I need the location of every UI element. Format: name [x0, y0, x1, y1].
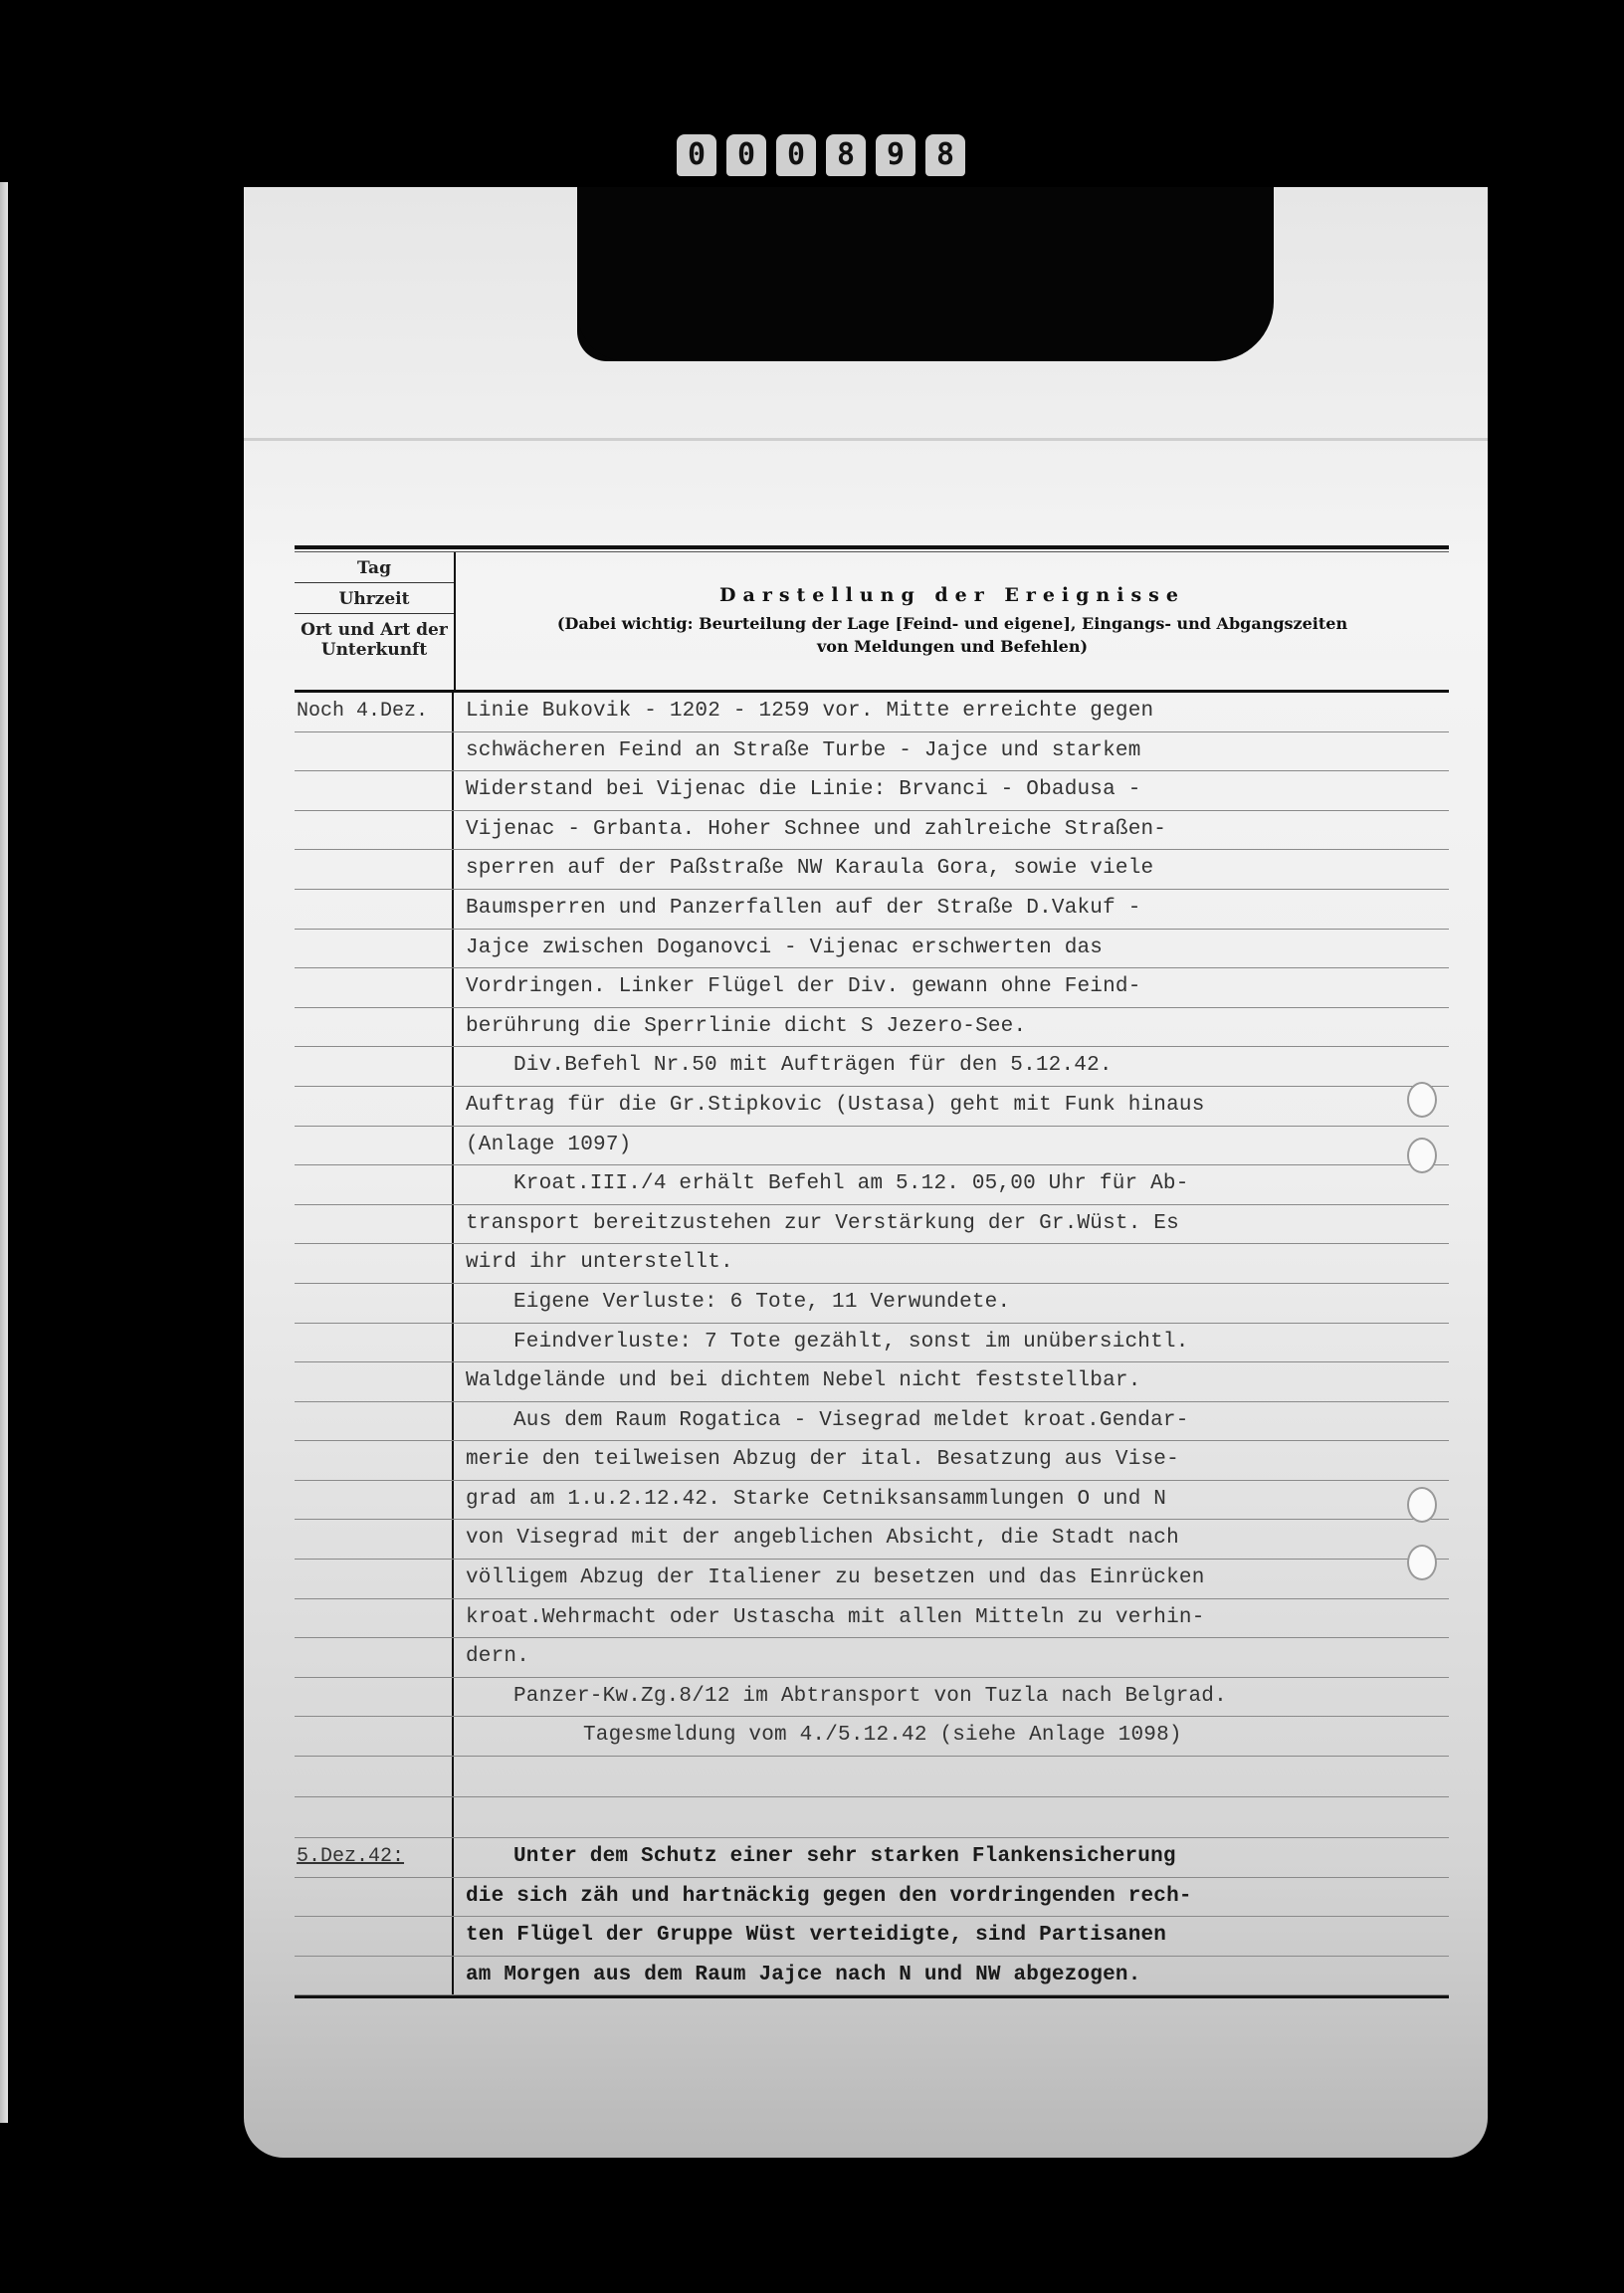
header-right-column: Darstellung der Ereignisse (Dabei wichti…	[456, 552, 1449, 690]
entry-date: 5.Dez.42:	[297, 1845, 404, 1868]
punch-hole	[1407, 1487, 1437, 1523]
archive-frame-number: 0 0 0 8 9 8	[677, 134, 965, 184]
diary-line: Feindverluste: 7 Tote gezählt, sonst im …	[295, 1324, 1449, 1363]
date-cell	[295, 1402, 454, 1441]
date-cell	[295, 930, 454, 968]
bottom-rule	[295, 1995, 1449, 1998]
diary-line: Jajce zwischen Doganovci - Vijenac ersch…	[295, 930, 1449, 969]
entry-text-line: Tagesmeldung vom 4./5.12.42 (siehe Anlag…	[454, 1717, 1449, 1756]
entry-date: Noch 4.Dez.	[297, 700, 428, 723]
entry-text-line: Aus dem Raum Rogatica - Visegrad meldet …	[454, 1402, 1449, 1441]
entry-text-line: kroat.Wehrmacht oder Ustascha mit allen …	[454, 1599, 1449, 1638]
diary-line: Vordringen. Linker Flügel der Div. gewan…	[295, 968, 1449, 1008]
diary-line: völligem Abzug der Italiener zu besetzen…	[295, 1560, 1449, 1599]
entry-text-line: von Visegrad mit der angeblichen Absicht…	[454, 1520, 1449, 1559]
date-cell	[295, 968, 454, 1007]
frame-digit: 9	[876, 134, 915, 176]
entry-text-line: Div.Befehl Nr.50 mit Aufträgen für den 5…	[454, 1047, 1449, 1086]
diary-line: Widerstand bei Vijenac die Linie: Brvanc…	[295, 771, 1449, 811]
entry-text-line: Eigene Verluste: 6 Tote, 11 Verwundete.	[454, 1284, 1449, 1323]
entry-text-line: Widerstand bei Vijenac die Linie: Brvanc…	[454, 771, 1449, 810]
entry-text-line: Waldgelände und bei dichtem Nebel nicht …	[454, 1362, 1449, 1401]
entry-text-line: Linie Bukovik - 1202 - 1259 vor. Mitte e…	[454, 693, 1449, 731]
date-cell	[295, 1165, 454, 1204]
war-diary-form: Tag Uhrzeit Ort und Art der Unterkunft D…	[295, 545, 1449, 1998]
date-cell	[295, 1441, 454, 1480]
entry-text-line: Vijenac - Grbanta. Hoher Schnee und zahl…	[454, 811, 1449, 850]
header-label-uhrzeit: Uhrzeit	[295, 583, 454, 614]
date-cell	[295, 850, 454, 889]
frame-digit: 8	[925, 134, 965, 176]
entry-text-line: am Morgen aus dem Raum Jajce nach N und …	[454, 1957, 1449, 1995]
header-title: Darstellung der Ereignisse	[456, 584, 1449, 606]
entry-text-line: wird ihr unterstellt.	[454, 1244, 1449, 1283]
header-subtitle-line2: von Meldungen und Befehlen)	[456, 635, 1449, 658]
diary-line: Eigene Verluste: 6 Tote, 11 Verwundete.	[295, 1284, 1449, 1324]
diary-line: Tagesmeldung vom 4./5.12.42 (siehe Anlag…	[295, 1717, 1449, 1757]
date-cell	[295, 771, 454, 810]
top-rule	[295, 545, 1449, 552]
date-cell	[295, 1008, 454, 1047]
header-label-tag: Tag	[295, 552, 454, 583]
date-cell	[295, 1481, 454, 1520]
entry-text-line: berührung die Sperrlinie dicht S Jezero-…	[454, 1008, 1449, 1047]
diary-line: Vijenac - Grbanta. Hoher Schnee und zahl…	[295, 811, 1449, 851]
diary-line: die sich zäh und hartnäckig gegen den vo…	[295, 1878, 1449, 1918]
text-cell	[454, 1797, 1449, 1837]
entry-text-line: Jajce zwischen Doganovci - Vijenac ersch…	[454, 930, 1449, 968]
date-cell	[295, 1284, 454, 1323]
frame-digit: 0	[726, 134, 766, 176]
frame-digit: 0	[776, 134, 816, 176]
entry-text-line: sperren auf der Paßstraße NW Karaula Gor…	[454, 850, 1449, 889]
entry-text-line: Vordringen. Linker Flügel der Div. gewan…	[454, 968, 1449, 1007]
entry-text-line: Panzer-Kw.Zg.8/12 im Abtransport von Tuz…	[454, 1678, 1449, 1717]
diary-line: transport bereitzustehen zur Verstärkung…	[295, 1205, 1449, 1245]
diary-line: am Morgen aus dem Raum Jajce nach N und …	[295, 1957, 1449, 1996]
diary-line: ten Flügel der Gruppe Wüst verteidigte, …	[295, 1917, 1449, 1957]
diary-line: dern.	[295, 1638, 1449, 1678]
entry-text-line: ten Flügel der Gruppe Wüst verteidigte, …	[454, 1917, 1449, 1956]
date-cell: Noch 4.Dez.	[295, 693, 454, 731]
date-cell	[295, 1205, 454, 1244]
diary-line: Aus dem Raum Rogatica - Visegrad meldet …	[295, 1402, 1449, 1442]
date-cell	[295, 1757, 454, 1796]
entry-text-line: Kroat.III./4 erhält Befehl am 5.12. 05,0…	[454, 1165, 1449, 1204]
date-cell	[295, 1324, 454, 1362]
diary-line: kroat.Wehrmacht oder Ustascha mit allen …	[295, 1599, 1449, 1639]
entry-text-line: völligem Abzug der Italiener zu besetzen…	[454, 1560, 1449, 1598]
diary-line: von Visegrad mit der angeblichen Absicht…	[295, 1520, 1449, 1560]
date-cell	[295, 1560, 454, 1598]
diary-line: Kroat.III./4 erhält Befehl am 5.12. 05,0…	[295, 1165, 1449, 1205]
diary-line: Waldgelände und bei dichtem Nebel nicht …	[295, 1362, 1449, 1402]
date-cell	[295, 890, 454, 929]
date-cell	[295, 1797, 454, 1837]
page-fold-line	[244, 438, 1488, 441]
diary-line: Noch 4.Dez.Linie Bukovik - 1202 - 1259 v…	[295, 693, 1449, 732]
entry-text-line: merie den teilweisen Abzug der ital. Bes…	[454, 1441, 1449, 1480]
header-subtitle-line1: (Dabei wichtig: Beurteilung der Lage [Fe…	[456, 612, 1449, 635]
diary-line: grad am 1.u.2.12.42. Starke Cetniksansam…	[295, 1481, 1449, 1521]
diary-line: (Anlage 1097)	[295, 1127, 1449, 1166]
entry-text-line: dern.	[454, 1638, 1449, 1677]
entry-text-line: transport bereitzustehen zur Verstärkung…	[454, 1205, 1449, 1244]
entry-text-line: Unter dem Schutz einer sehr starken Flan…	[454, 1838, 1449, 1877]
diary-line: Panzer-Kw.Zg.8/12 im Abtransport von Tuz…	[295, 1678, 1449, 1718]
date-cell	[295, 1047, 454, 1086]
entry-text-line: Feindverluste: 7 Tote gezählt, sonst im …	[454, 1324, 1449, 1362]
date-cell	[295, 1638, 454, 1677]
date-cell	[295, 1717, 454, 1756]
entry-text-line: Baumsperren und Panzerfallen auf der Str…	[454, 890, 1449, 929]
frame-digit: 0	[677, 134, 716, 176]
film-edge-strip	[0, 182, 8, 2123]
date-cell	[295, 1957, 454, 1995]
diary-line: Div.Befehl Nr.50 mit Aufträgen für den 5…	[295, 1047, 1449, 1087]
date-cell	[295, 1678, 454, 1717]
date-cell	[295, 1087, 454, 1126]
date-cell	[295, 1244, 454, 1283]
punch-hole	[1407, 1545, 1437, 1580]
date-cell	[295, 1520, 454, 1559]
blank-row	[295, 1797, 1449, 1838]
diary-line: 5.Dez.42:Unter dem Schutz einer sehr sta…	[295, 1838, 1449, 1878]
form-header: Tag Uhrzeit Ort und Art der Unterkunft D…	[295, 552, 1449, 690]
date-cell	[295, 1878, 454, 1917]
entry-text-line: Auftrag für die Gr.Stipkovic (Ustasa) ge…	[454, 1087, 1449, 1126]
punch-hole	[1407, 1138, 1437, 1173]
date-cell	[295, 732, 454, 771]
entry-text-line: die sich zäh und hartnäckig gegen den vo…	[454, 1878, 1449, 1917]
punch-hole	[1407, 1082, 1437, 1118]
header-label-ort: Ort und Art der Unterkunft	[295, 614, 454, 664]
diary-line: schwächeren Feind an Straße Turbe - Jajc…	[295, 732, 1449, 772]
entry-text-line: (Anlage 1097)	[454, 1127, 1449, 1165]
diary-line: sperren auf der Paßstraße NW Karaula Gor…	[295, 850, 1449, 890]
diary-line: Baumsperren und Panzerfallen auf der Str…	[295, 890, 1449, 930]
diary-line: berührung die Sperrlinie dicht S Jezero-…	[295, 1008, 1449, 1048]
diary-entries: Noch 4.Dez.Linie Bukovik - 1202 - 1259 v…	[295, 693, 1449, 1995]
entry-text-line: schwächeren Feind an Straße Turbe - Jajc…	[454, 732, 1449, 771]
date-cell	[295, 1599, 454, 1638]
date-cell	[295, 811, 454, 850]
diary-line: wird ihr unterstellt.	[295, 1244, 1449, 1284]
entry-text-line: grad am 1.u.2.12.42. Starke Cetniksansam…	[454, 1481, 1449, 1520]
clip-shadow	[577, 187, 1274, 361]
date-cell	[295, 1362, 454, 1401]
diary-line: Auftrag für die Gr.Stipkovic (Ustasa) ge…	[295, 1087, 1449, 1127]
date-cell: 5.Dez.42:	[295, 1838, 454, 1877]
text-cell	[454, 1757, 1449, 1796]
date-cell	[295, 1127, 454, 1165]
header-left-column: Tag Uhrzeit Ort und Art der Unterkunft	[295, 552, 456, 690]
diary-line: merie den teilweisen Abzug der ital. Bes…	[295, 1441, 1449, 1481]
date-cell	[295, 1917, 454, 1956]
frame-digit: 8	[826, 134, 866, 176]
blank-row	[295, 1757, 1449, 1797]
